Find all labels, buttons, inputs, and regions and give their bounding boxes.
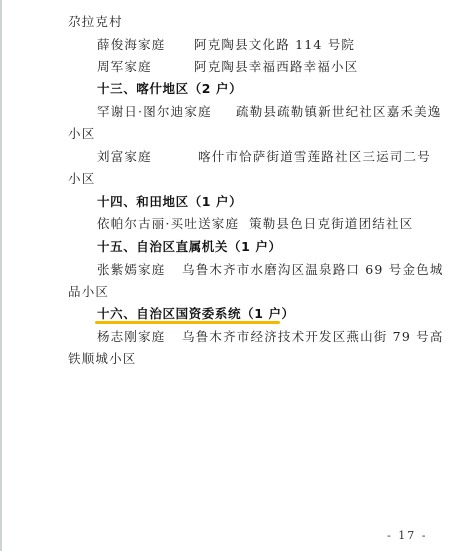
family-entry: 刘富家庭 喀什市恰萨街道雪莲路社区三运司二号 bbox=[97, 149, 437, 165]
family-name: 张紫嫣家庭 bbox=[97, 262, 166, 278]
text-line-continuation: 尕拉克村 bbox=[68, 14, 123, 30]
family-address: 策勒县色日克街道团结社区 bbox=[249, 216, 413, 232]
family-address: 乌鲁木齐市水磨沟区温泉路口 69 号金色城 bbox=[182, 262, 444, 278]
family-name: 周军家庭 bbox=[97, 59, 152, 75]
continuation-text: 尕拉克村 bbox=[68, 14, 123, 29]
text-line-continuation: 小区 bbox=[68, 126, 95, 142]
family-address: 疏勒县疏勒镇新世纪社区嘉禾美逸 bbox=[236, 104, 442, 120]
text-line-continuation: 品小区 bbox=[68, 284, 109, 300]
section-heading-kashgar: 十三、喀什地区（2 户） bbox=[97, 81, 242, 97]
family-address: 阿克陶县文化路 114 号院 bbox=[194, 37, 355, 53]
text-line-continuation: 铁顺城小区 bbox=[68, 351, 137, 367]
text-line-continuation: 小区 bbox=[68, 171, 95, 187]
section-heading-hotan: 十四、和田地区（1 户） bbox=[97, 194, 242, 210]
family-entry: 罕谢日·图尔迪家庭 疏勒县疏勒镇新世纪社区嘉禾美逸 bbox=[97, 104, 437, 120]
family-entry: 薛俊海家庭 阿克陶县文化路 114 号院 bbox=[97, 37, 437, 53]
family-address: 阿克陶县幸福西路幸福小区 bbox=[194, 59, 358, 75]
family-name: 依帕尔古丽·买吐送家庭 bbox=[97, 216, 239, 232]
highlight-underline bbox=[95, 321, 280, 324]
page-number: - 17 - bbox=[387, 529, 427, 542]
family-entry: 杨志刚家庭 乌鲁木齐市经济技术开发区燕山街 79 号高 bbox=[97, 329, 437, 345]
family-entry: 周军家庭 阿克陶县幸福西路幸福小区 bbox=[97, 59, 437, 75]
family-name: 刘富家庭 bbox=[97, 149, 152, 165]
family-address: 喀什市恰萨街道雪莲路社区三运司二号 bbox=[198, 149, 431, 165]
family-entry: 依帕尔古丽·买吐送家庭 策勒县色日克街道团结社区 bbox=[97, 216, 437, 232]
family-address: 乌鲁木齐市经济技术开发区燕山街 79 号高 bbox=[182, 329, 444, 345]
family-name: 薛俊海家庭 bbox=[97, 37, 166, 53]
family-name: 杨志刚家庭 bbox=[97, 329, 166, 345]
family-entry: 张紫嫣家庭 乌鲁木齐市水磨沟区温泉路口 69 号金色城 bbox=[97, 262, 437, 278]
section-heading-sasac-highlighted: 十六、自治区国资委系统（1 户） bbox=[97, 306, 295, 322]
section-heading-autonomous-region-organs: 十五、自治区直属机关（1 户） bbox=[97, 239, 282, 255]
page-edge bbox=[0, 0, 2, 551]
family-name: 罕谢日·图尔迪家庭 bbox=[97, 104, 212, 120]
